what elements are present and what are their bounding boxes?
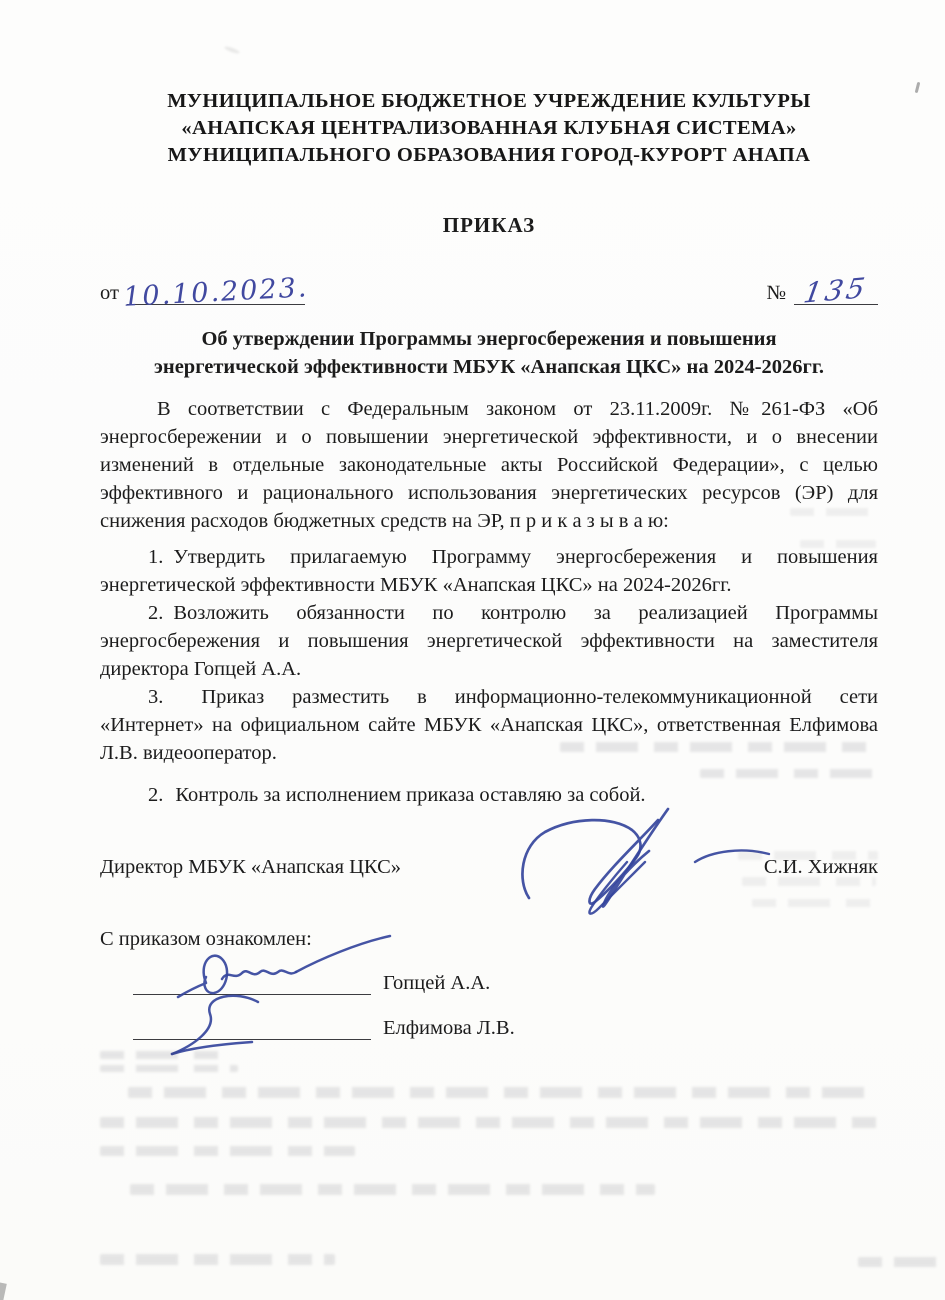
bleed-through-text [752,899,876,907]
date-prefix-label: от [100,282,119,305]
scan-speck [915,82,921,93]
bleed-through-text [742,877,876,886]
order-items: 1.Утвердить прилагаемую Программу энерго… [100,543,878,767]
acknowledgement-row: Гопцей А.А. [100,965,878,995]
order-item-text: Утвердить прилагаемую Программу энергосб… [100,546,878,596]
bleed-through-text [100,1065,238,1072]
order-item: 2.Возложить обязанности по контролю за р… [100,599,878,683]
order-subject-line: энергетической эффективности МБУК «Анапс… [100,353,878,381]
director-signature-ink [515,804,725,922]
order-item: 3.Приказ разместить в информационно-теле… [100,683,878,767]
number-underline: 135 [794,271,878,305]
order-item-number: 2. [148,602,163,624]
control-clause-text: Контроль за исполнением приказа оставляю… [175,784,645,806]
bleed-through-text [100,1117,877,1128]
bleed-through-text [738,851,878,860]
date-and-number-row: от 10.10.2023. № 135 [100,265,878,305]
scanned-order-document: МУНИЦИПАЛЬНОЕ БЮДЖЕТНОЕ УЧРЕЖДЕНИЕ КУЛЬТ… [0,0,945,1300]
organization-name-line: «АНАПСКАЯ ЦЕНТРАЛИЗОВАННАЯ КЛУБНАЯ СИСТЕ… [100,115,878,142]
acknowledger-name: Елфимова Л.В. [383,1017,515,1040]
order-date: от 10.10.2023. [100,273,305,305]
organization-name-line: МУНИЦИПАЛЬНОЕ БЮДЖЕТНОЕ УЧРЕЖДЕНИЕ КУЛЬТ… [100,88,878,115]
handwritten-number: 135 [801,271,870,309]
order-item-text: Приказ разместить в информационно-телеко… [100,686,878,764]
organization-name-line: МУНИЦИПАЛЬНОГО ОБРАЗОВАНИЯ ГОРОД-КУРОРТ … [100,142,878,169]
handwritten-date: 10.10.2023. [123,272,310,313]
bleed-through-text [800,540,876,548]
bleed-through-text [100,1254,335,1265]
bleed-through-text [858,1257,940,1267]
bleed-through-text [100,1146,355,1156]
signature-underline [133,1011,371,1040]
signature-underline [133,966,371,995]
bleed-through-text [700,769,876,778]
organization-name: МУНИЦИПАЛЬНОЕ БЮДЖЕТНОЕ УЧРЕЖДЕНИЕ КУЛЬТ… [100,88,878,169]
bleed-through-text [560,742,875,752]
bleed-through-text [128,1087,876,1098]
order-number: № 135 [766,271,878,305]
order-item-text: Возложить обязанности по контролю за реа… [100,602,878,680]
acknowledgement-row: Елфимова Л.В. [100,1010,878,1040]
document-type-title: ПРИКАЗ [100,211,878,239]
bleed-through-text [790,508,876,516]
order-item: 1.Утвердить прилагаемую Программу энерго… [100,543,878,599]
preamble-paragraph: В соответствии с Федеральным законом от … [100,395,878,535]
control-clause: 2.Контроль за исполнением приказа оставл… [100,781,878,809]
acknowledger-name: Гопцей А.А. [383,972,490,995]
order-item-number: 1. [148,546,163,568]
order-item-number: 3. [148,686,163,708]
director-position-label: Директор МБУК «Анапская ЦКС» [100,856,401,879]
date-underline: 10.10.2023. [127,273,305,305]
control-clause-number: 2. [148,784,163,806]
scan-speck [0,1282,7,1300]
number-prefix-label: № [766,282,786,305]
bleed-through-text [100,1051,225,1059]
bleed-through-text [130,1184,655,1195]
acknowledgement-heading: С приказом ознакомлен: [100,925,878,953]
order-subject-line: Об утверждении Программы энергосбережени… [100,325,878,353]
order-subject: Об утверждении Программы энергосбережени… [100,325,878,381]
